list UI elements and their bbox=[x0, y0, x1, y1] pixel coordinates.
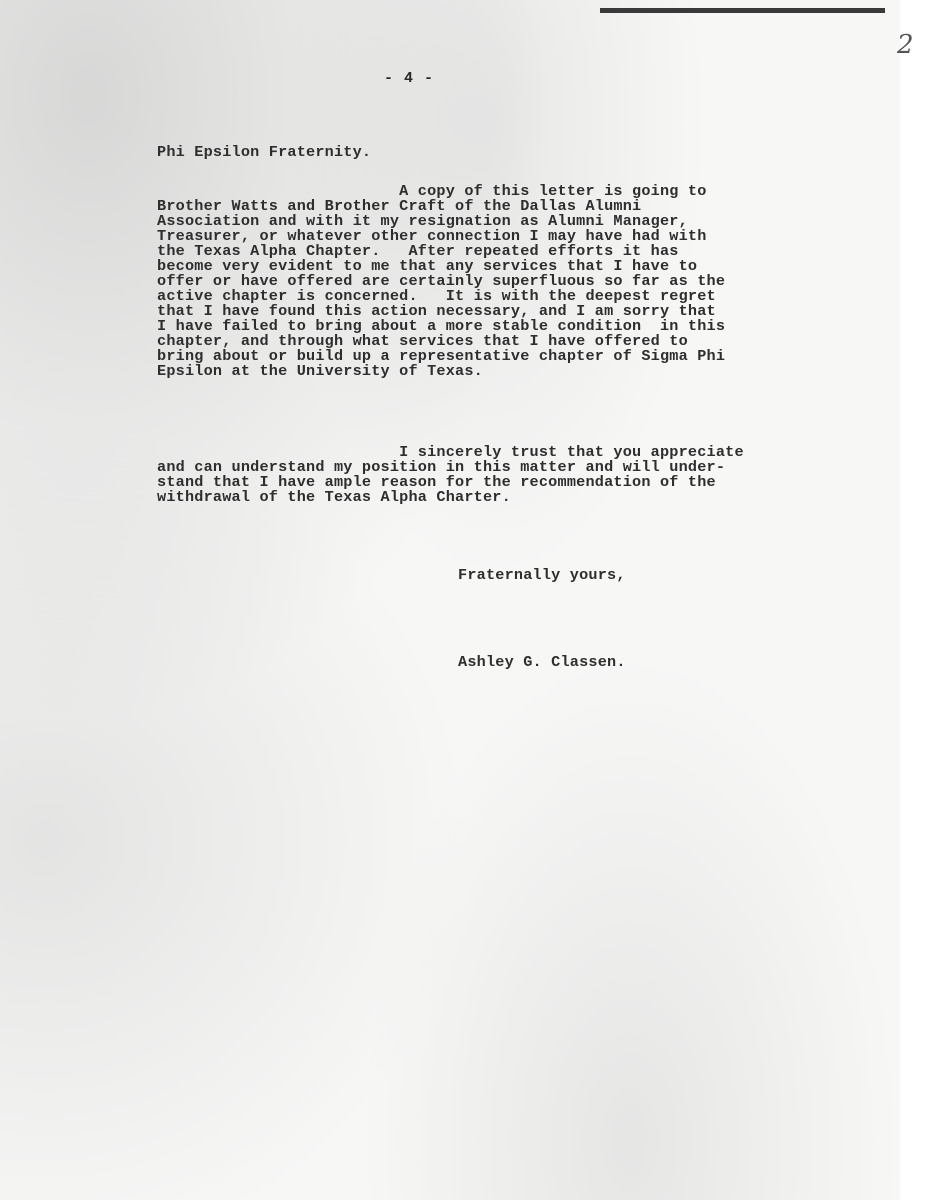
page-number: - 4 - bbox=[384, 70, 434, 87]
text-line: Epsilon at the University of Texas. bbox=[157, 364, 483, 379]
scan-edge-mark bbox=[600, 8, 885, 13]
signature: Ashley G. Classen. bbox=[458, 655, 626, 670]
handwritten-page-mark: 2 bbox=[897, 30, 914, 60]
document-page: - 4 - Phi Epsilon Fraternity. A copy of … bbox=[0, 0, 900, 1200]
page-margin bbox=[900, 0, 927, 1200]
text-line: withdrawal of the Texas Alpha Charter. bbox=[157, 490, 511, 505]
salutation-fragment: Phi Epsilon Fraternity. bbox=[157, 145, 371, 160]
closing: Fraternally yours, bbox=[458, 568, 626, 583]
